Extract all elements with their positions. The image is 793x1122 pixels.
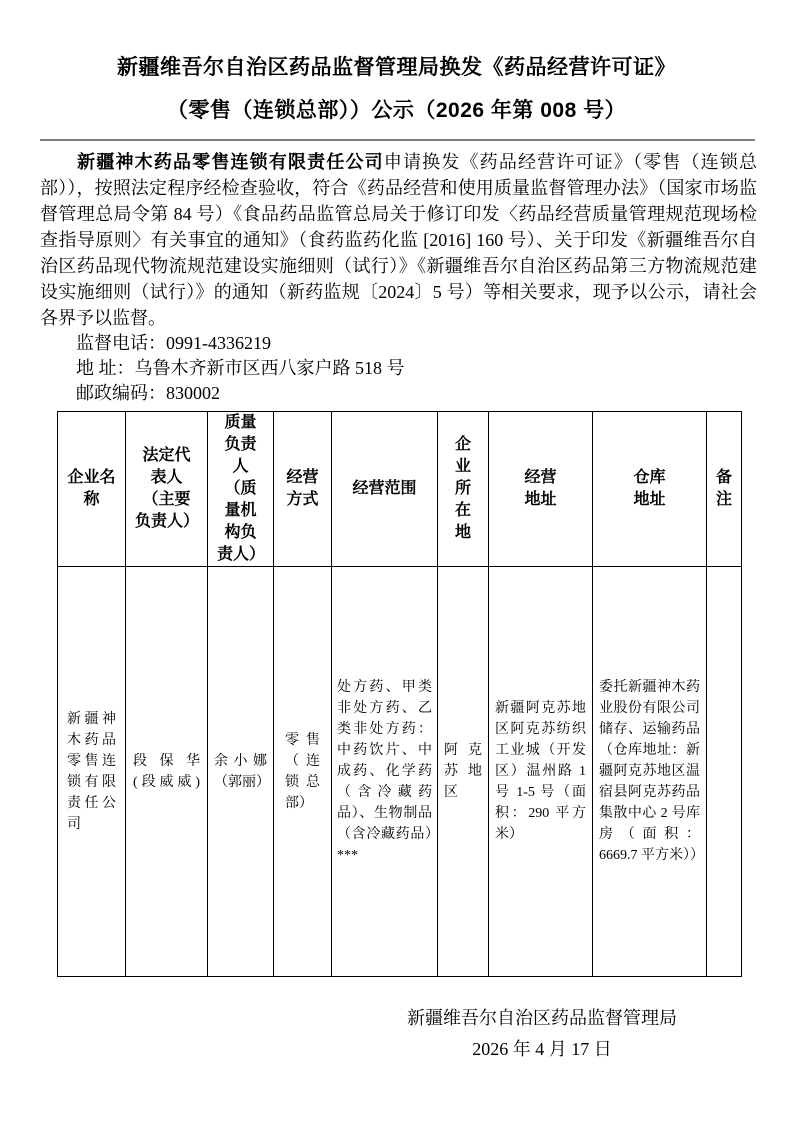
cell-company-location: 阿克苏地区 (438, 567, 489, 977)
cell-business-scope: 处方药、甲类非处方药、乙类非处方药：中药饮片、中成药、化学药（含冷藏药品）、生物… (332, 567, 438, 977)
table-header-row: 企业名称 法定代表人（主要负责人） 质量负责人（质量机构负责人） 经营方式 经营… (58, 412, 742, 567)
table-data-row: 新疆神木药品零售连锁有限责任公司 段保华 (段威威) 余小娜（郭丽） 零售（连锁… (58, 567, 742, 977)
address-label: 地 址： (76, 358, 135, 378)
address-value: 乌鲁木齐新市区西八家户路 518 号 (135, 358, 405, 378)
header-business-mode: 经营方式 (274, 412, 332, 567)
postcode-line: 邮政编码：830002 (40, 381, 757, 406)
document-title-line2: （零售（连锁总部））公示（2026 年第 008 号） (0, 97, 793, 125)
title-divider (40, 139, 755, 141)
header-company-name: 企业名称 (58, 412, 126, 567)
issue-date: 2026 年 4 月 17 日 (407, 1034, 677, 1065)
header-legal-representative: 法定代表人（主要负责人） (126, 412, 208, 567)
phone-value: 0991-4336219 (166, 333, 271, 353)
announcement-paragraph: 新疆神木药品零售连锁有限责任公司申请换发《药品经营许可证》（零售（连锁总部）），… (40, 149, 757, 331)
postcode-value: 830002 (166, 383, 220, 403)
cell-business-mode: 零售（连锁总部） (274, 567, 332, 977)
document-title-line1: 新疆维吾尔自治区药品监督管理局换发《药品经营许可证》 (0, 0, 793, 82)
header-business-address: 经营 地址 (489, 412, 593, 567)
announcement-text: 申请换发《药品经营许可证》（零售（连锁总部）），按照法定程序经检查验收，符合《药… (40, 152, 757, 328)
header-business-scope: 经营范围 (332, 412, 438, 567)
signature-block: 新疆维吾尔自治区药品监督管理局 2026 年 4 月 17 日 (407, 1003, 677, 1065)
cell-company-name: 新疆神木药品零售连锁有限责任公司 (58, 567, 126, 977)
header-remark: 备注 (707, 412, 742, 567)
company-name-bold: 新疆神木药品零售连锁有限责任公司 (76, 152, 384, 172)
address-line: 地 址：乌鲁木齐新市区西八家户路 518 号 (40, 356, 757, 381)
header-company-location: 企业所在地 (438, 412, 489, 567)
cell-remark (707, 567, 742, 977)
header-warehouse-address: 仓库 地址 (593, 412, 707, 567)
document-page: 新疆维吾尔自治区药品监督管理局换发《药品经营许可证》 （零售（连锁总部））公示（… (0, 0, 793, 1122)
postcode-label: 邮政编码： (76, 383, 166, 403)
phone-label: 监督电话： (76, 333, 166, 353)
cell-quality-manager: 余小娜（郭丽） (208, 567, 274, 977)
cell-business-address: 新疆阿克苏地区阿克苏纺织工业城（开发区）温州路 1 号 1-5 号（面积：290… (489, 567, 593, 977)
header-quality-manager: 质量负责人（质量机构负责人） (208, 412, 274, 567)
cell-legal-representative: 段保华 (段威威) (126, 567, 208, 977)
issuing-authority: 新疆维吾尔自治区药品监督管理局 (407, 1003, 677, 1034)
cell-warehouse-address: 委托新疆神木药业股份有限公司储存、运输药品（仓库地址：新疆阿克苏地区温宿县阿克苏… (593, 567, 707, 977)
supervision-phone-line: 监督电话：0991-4336219 (40, 331, 757, 356)
license-table: 企业名称 法定代表人（主要负责人） 质量负责人（质量机构负责人） 经营方式 经营… (57, 411, 742, 977)
